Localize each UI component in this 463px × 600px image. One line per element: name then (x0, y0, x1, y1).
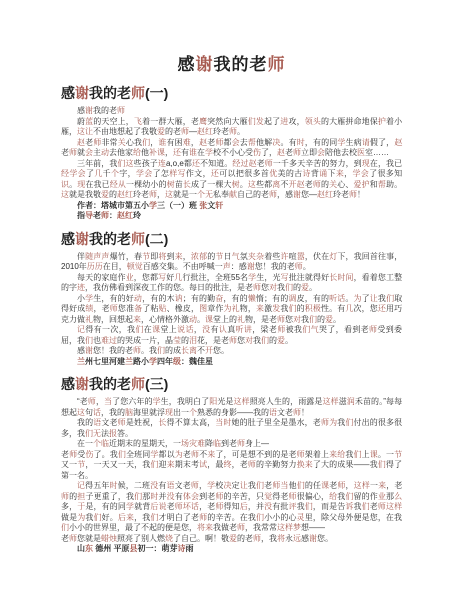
essay-section-2: 感谢我的老师(二) 伴随声声爆竹，春节即将到来，浓郁的节日气氛夹杂着些许喧嚣，伏… (61, 229, 402, 368)
paragraph: 每天的家庭作业，您都写好几行批注，全班55名学生，光写批注就得好长时间，看着您工… (61, 273, 402, 294)
paragraph: 我的语文老师是姓祝，长得不算太高，当时她的肚子里全是墨水，老师为我们付出的很多很… (61, 418, 402, 439)
paragraph: 小学生，有的好动，有的木讷；有的勤奋，有的懒惰；有的调皮，有的听话。为了让我们取… (61, 294, 402, 326)
author-line: 作者：塔城市第五小学三（一）班 张文轩 (61, 201, 402, 212)
paragraph: 三年前，我们这些孩子连a,o,e都还不知道。经过赵老师一千多天辛苦的努力，到现在… (61, 159, 402, 201)
paragraph: 蔚蓝的天空上，飞着一群大雁，老鹰突然向大雁们发起了进攻，领头的大雁拼命地保护着小… (61, 117, 402, 138)
paragraph: 在一个临近期末的星期天，一场灾难降临到老师身上— (61, 439, 402, 450)
section-heading-2: 感谢我的老师(二) (61, 229, 402, 249)
paragraph: 记得有一次，我们在课堂上说话，没有认真听讲，梁老师被我们气哭了，看到老师受到委屈… (61, 325, 402, 346)
paragraph: 感谢我的老师 (61, 106, 402, 117)
document-page: 感谢我的老师 感谢我的老师(一) 感谢我的老师 蔚蓝的天空上，飞着一群大雁，老鹰… (61, 0, 402, 555)
essay-section-3: 感谢我的老师(三) “老师，当了您六年的学生，我明白了阳光是这样照亮人生的，雨露… (61, 374, 402, 555)
paragraph: “老师，当了您六年的学生，我明白了阳光是这样照亮人生的，雨露是这样滋润禾苗的。”… (61, 397, 402, 418)
mentor-line: 指导老师：赵红玲 (61, 211, 402, 222)
doc-title: 感谢我的老师 (61, 50, 402, 75)
paragraph: 赵老师非常关心我们，谁有困难，赵老师都会去帮他解决。有时，有的同学生病请假了，赵… (61, 138, 402, 159)
section-heading-3: 感谢我的老师(三) (61, 374, 402, 394)
author-line: 兰州七里河建兰路小学四年级：魏佳星 (61, 357, 402, 368)
essay-section-1: 感谢我的老师(一) 感谢我的老师 蔚蓝的天空上，飞着一群大雁，老鹰突然向大雁们发… (61, 83, 402, 222)
paragraph: 伴随声声爆竹，春节即将到来，浓郁的节日气氛夹杂着些许喧嚣，伏在灯下，我回首往事，… (61, 252, 402, 273)
paragraph: 老师受伤了。我们全班同学都以为老师不来了，可是想不到的是老师架着上来给我们上课。… (61, 450, 402, 482)
paragraph: 老师您就是蜡烛照亮了别人燃烧了自己。啊！敬爱的老师，我将永远感谢您。 (61, 534, 402, 545)
author-line: 山东 德州 平原县初一：萌芽诗雨 (61, 544, 402, 555)
section-heading-1: 感谢我的老师(一) (61, 83, 402, 103)
paragraph: 感谢您！我的老师。我们的成长离不开您。 (61, 346, 402, 357)
paragraph: 记得五年时候，二班没有语文老师，学校决定让我们老师当他们的任课老师，这样一来，老… (61, 481, 402, 534)
